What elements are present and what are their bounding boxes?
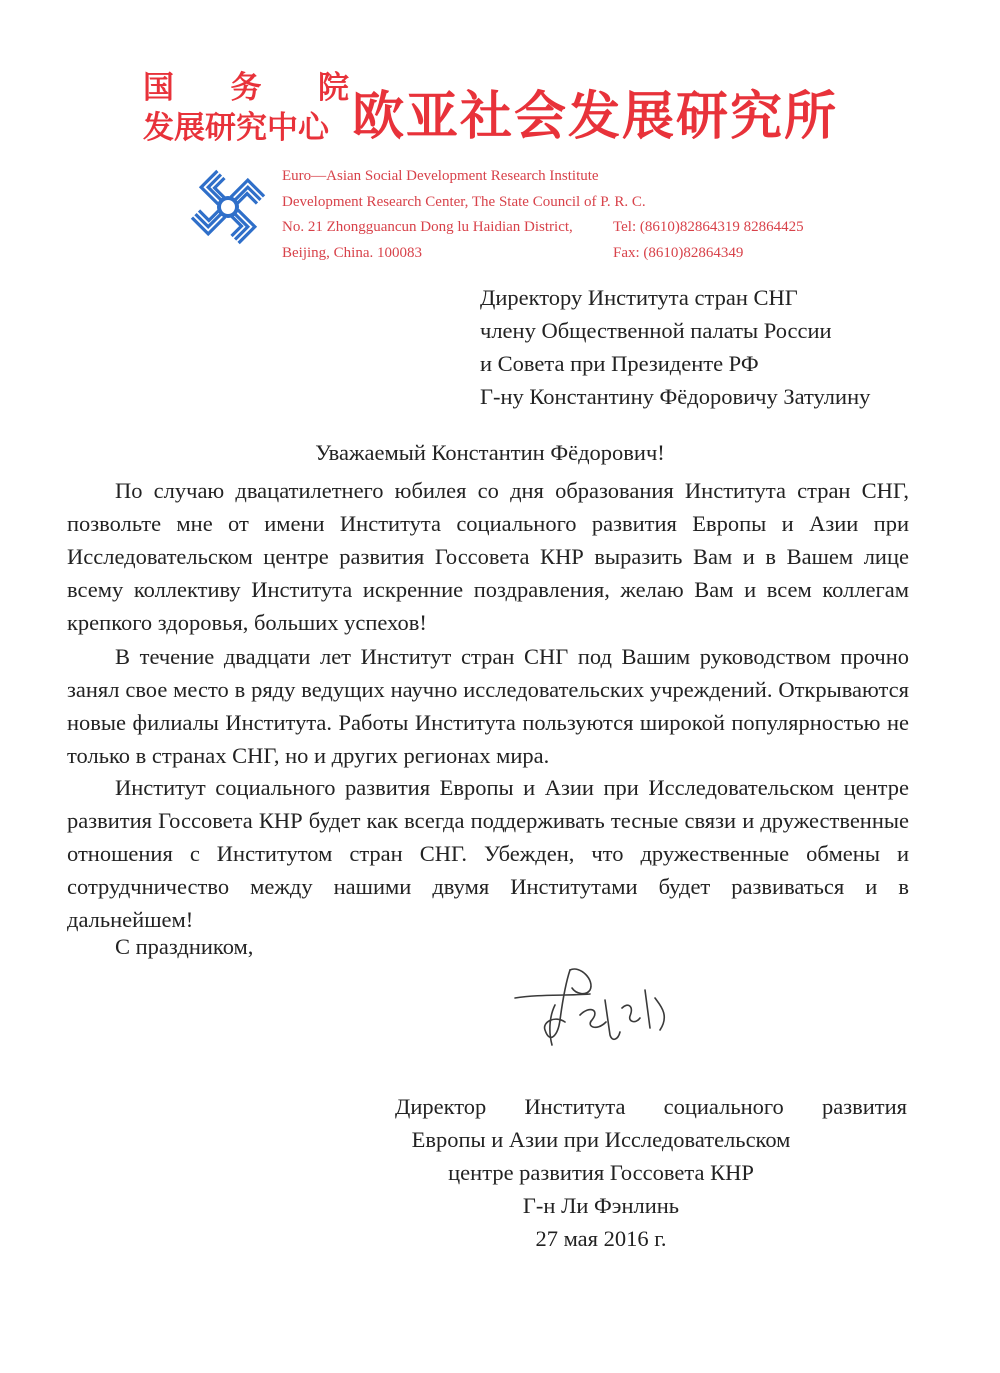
- signatory-block: Директор Института социального развития …: [395, 1090, 907, 1255]
- cn-char: 务: [231, 62, 262, 107]
- institute-swirl-logo-icon: [188, 167, 268, 247]
- fax: Fax: (8610)82864349: [613, 241, 743, 267]
- letterhead-address: Euro—Asian Social Development Research I…: [282, 164, 646, 266]
- parent-org-en: Development Research Center, The State C…: [282, 194, 646, 210]
- recipient-line: члену Общественной палаты России: [480, 314, 870, 347]
- address-line: Beijing, China. 100083 Fax: (8610)828643…: [282, 241, 646, 267]
- letter-body-paragraph-3: Институт социального развития Европы и А…: [67, 771, 909, 936]
- recipient-block: Директору Института стран СНГ члену Обще…: [480, 281, 870, 413]
- recipient-line: Директору Института стран СНГ: [480, 281, 870, 314]
- city-postcode: Beijing, China. 100083: [282, 245, 422, 261]
- recipient-line: Г-ну Константину Фёдоровичу Затулину: [480, 380, 870, 413]
- signatory-word: Института: [524, 1090, 625, 1123]
- letter-body-paragraph-2: В течение двадцати лет Институт стран СН…: [67, 640, 909, 772]
- closing-phrase: С праздником,: [115, 934, 253, 960]
- signatory-word: развития: [822, 1090, 907, 1123]
- institute-name-en: Euro—Asian Social Development Research I…: [282, 168, 599, 184]
- recipient-line: и Совета при Президенте РФ: [480, 347, 870, 380]
- salutation: Уважаемый Константин Фёдорович!: [0, 440, 980, 466]
- cn-char: 院: [318, 62, 349, 107]
- letterhead-cn-title: 欧亚社会发展研究所: [352, 74, 838, 149]
- letter-date: 27 мая 2016 г.: [395, 1222, 907, 1255]
- signatory-word: социального: [664, 1090, 784, 1123]
- signatory-word: Директор: [395, 1090, 486, 1123]
- telephone: Tel: (8610)82864319 82864425: [613, 215, 804, 241]
- signatory-title-line-2: Европы и Азии при Исследовательском: [395, 1123, 907, 1156]
- address-line: No. 21 Zhongguancun Dong lu Haidian Dist…: [282, 215, 646, 241]
- handwritten-signature-icon: [510, 960, 680, 1060]
- paragraph-text: По случаю двацатилетнего юбилея со дня о…: [67, 474, 909, 639]
- signatory-name: Г-н Ли Фэнлинь: [395, 1189, 907, 1222]
- paragraph-text: В течение двадцати лет Институт стран СН…: [67, 640, 909, 772]
- street-address: No. 21 Zhongguancun Dong lu Haidian Dist…: [282, 219, 573, 235]
- letterhead-cn-drc: 发展研究中心: [143, 102, 329, 147]
- signatory-title-line-1: Директор Института социального развития: [395, 1090, 907, 1123]
- letterhead-cn-state-council: 国 务 院: [143, 62, 349, 107]
- signatory-title-line-3: центре развития Госсовета КНР: [395, 1156, 907, 1189]
- paragraph-text: Институт социального развития Европы и А…: [67, 771, 909, 936]
- cn-char: 国: [143, 62, 174, 107]
- letter-body-paragraph-1: По случаю двацатилетнего юбилея со дня о…: [67, 474, 909, 639]
- address-line: Development Research Center, The State C…: [282, 190, 646, 216]
- address-line: Euro—Asian Social Development Research I…: [282, 164, 646, 190]
